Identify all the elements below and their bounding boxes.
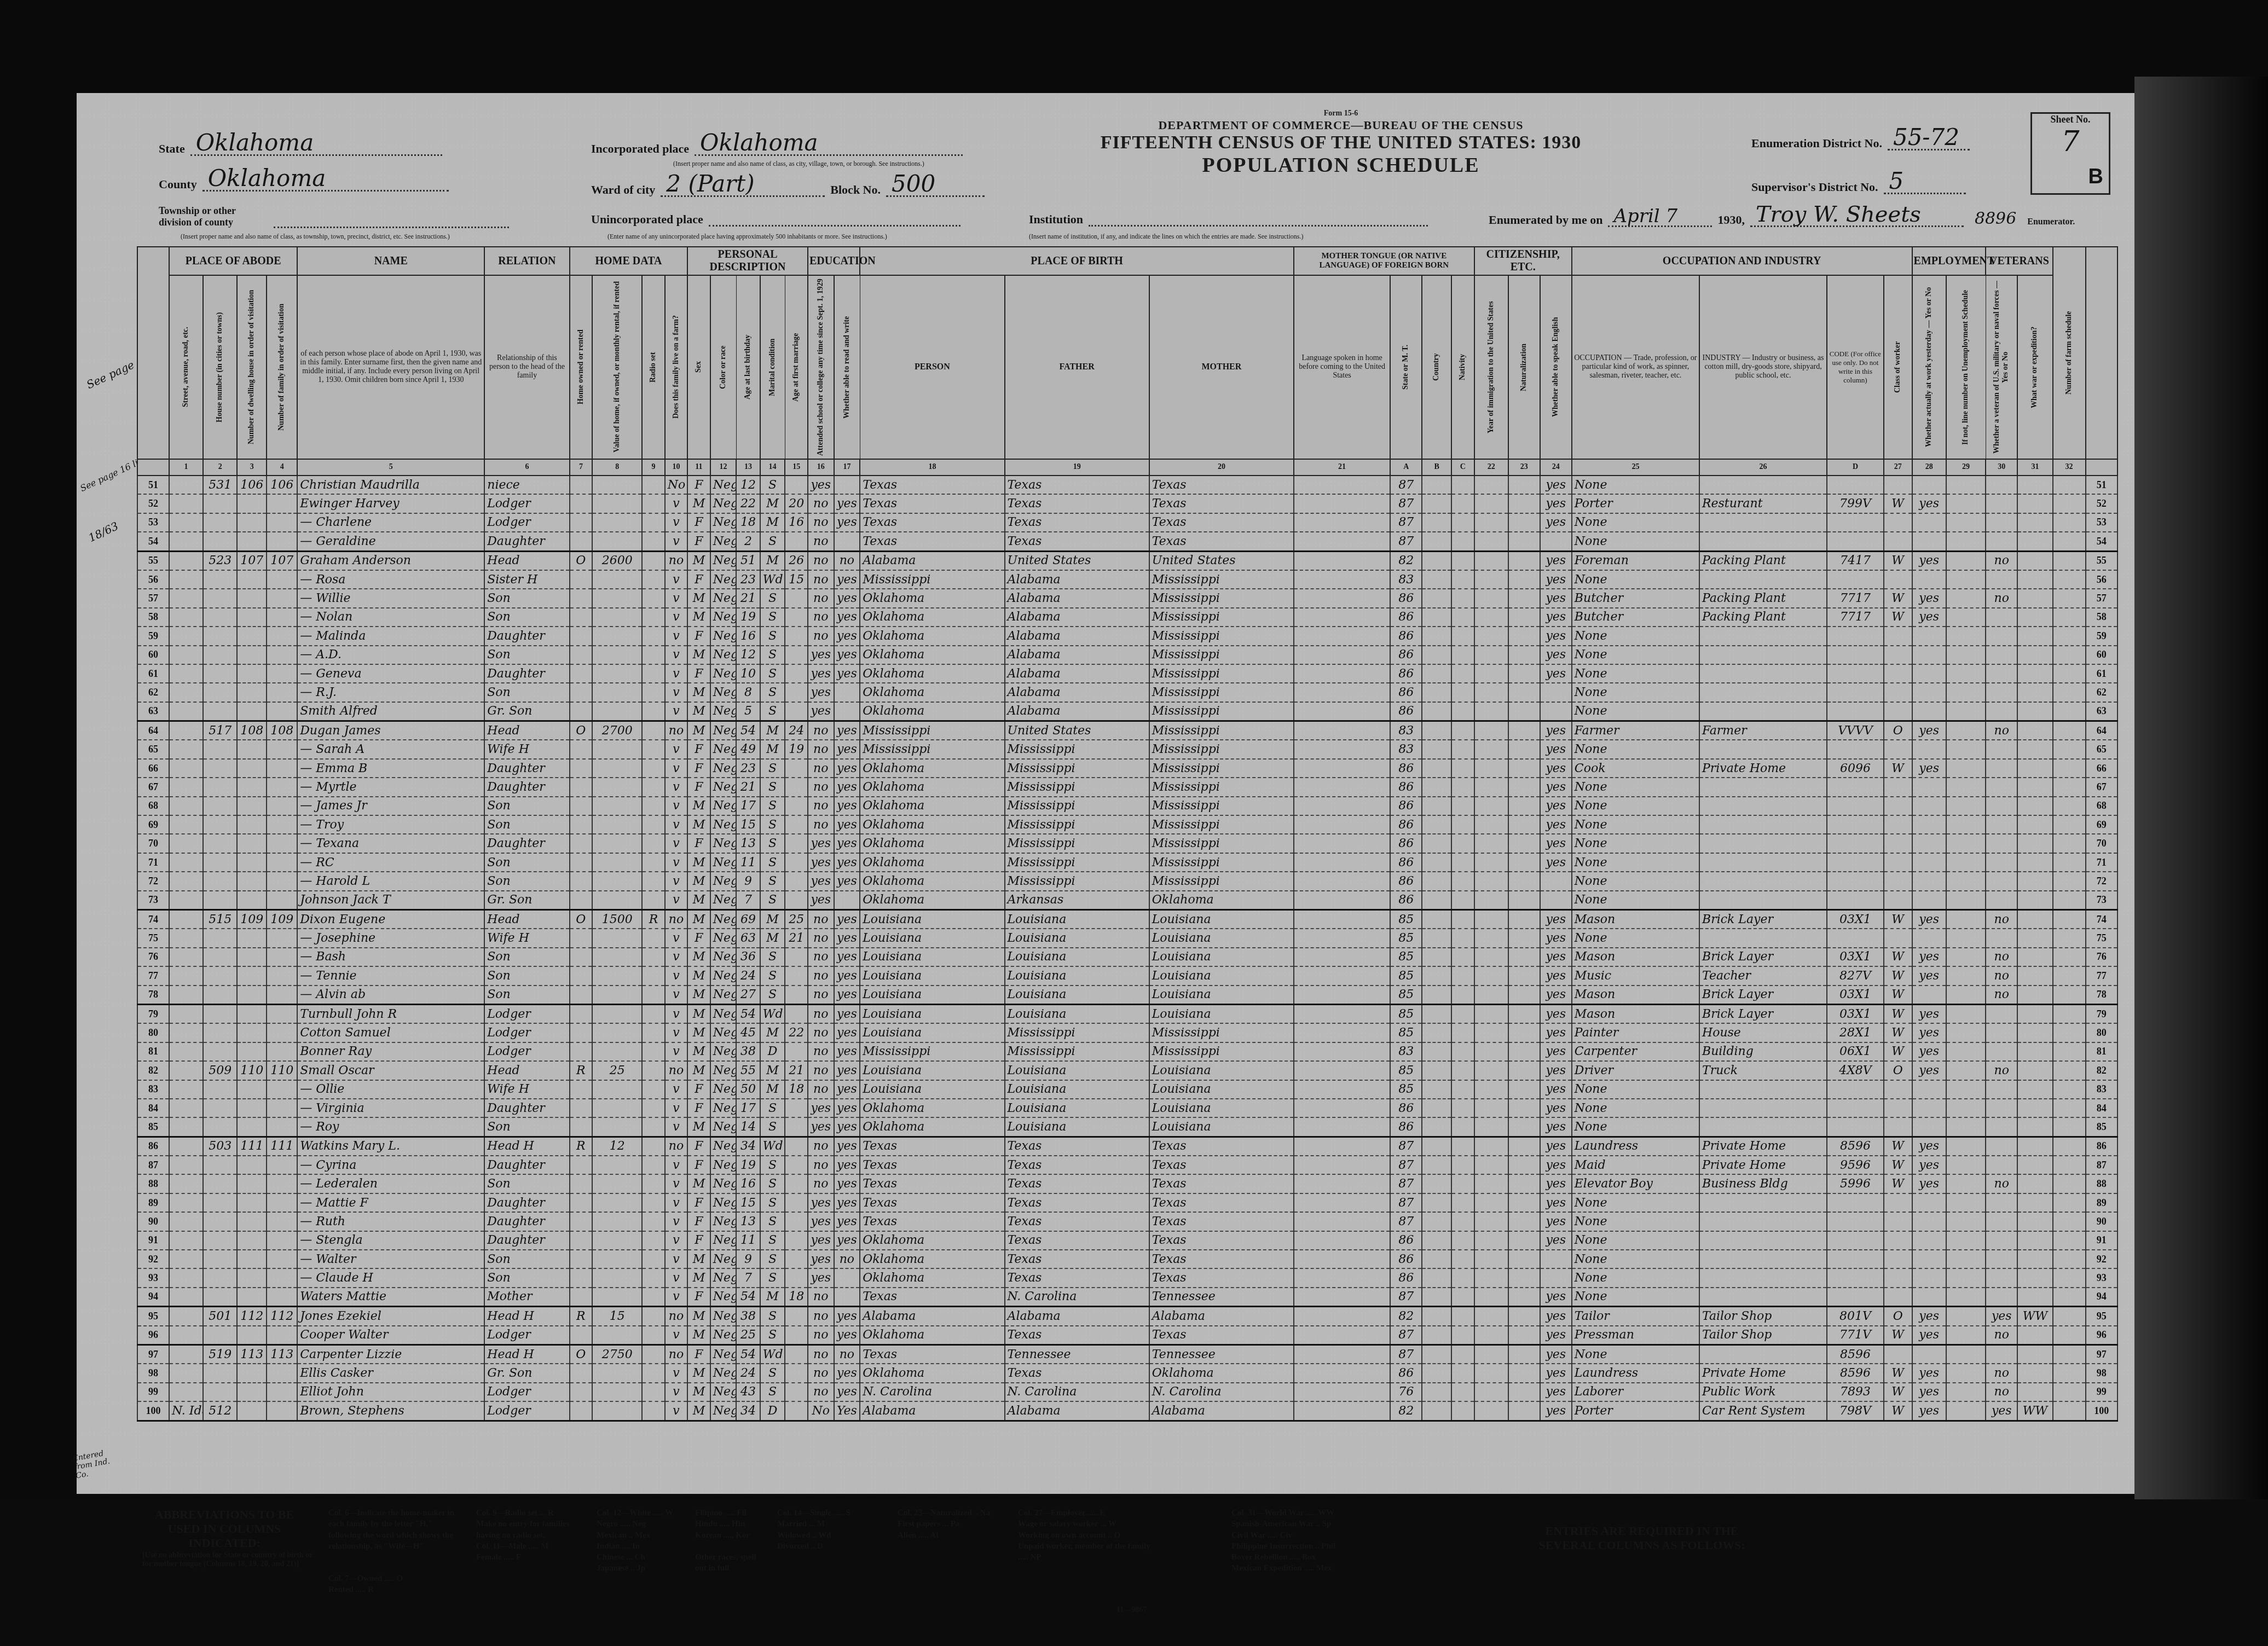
cell-war (2017, 948, 2052, 966)
cell-industry: Tailor Shop (1699, 1326, 1827, 1345)
line-number-right: 84 (2086, 1099, 2117, 1117)
cell-owned (570, 570, 592, 589)
cell-sex: M (687, 1307, 710, 1326)
cell-house: 503 (203, 1137, 237, 1156)
cell-birth: Alabama (860, 1307, 1004, 1326)
cell-father: Alabama (1005, 570, 1149, 589)
cell-birth: Oklahoma (860, 891, 1004, 910)
cell-class (1884, 778, 1912, 796)
cell-empty (1474, 1156, 1508, 1174)
cell-birth: Texas (860, 476, 1004, 494)
cell-owned (570, 1250, 592, 1268)
cell-speak: yes (1540, 1117, 1572, 1137)
cell-age-marr (785, 608, 808, 627)
cell-read: yes (834, 570, 860, 589)
cell-code: 799V (1827, 494, 1884, 513)
cell-mother: Louisiana (1149, 929, 1294, 947)
cell-empty (1946, 1250, 1986, 1268)
cell-occupation: None (1572, 513, 1699, 532)
cell-code (1827, 872, 1884, 890)
cell-empty (1946, 1156, 1986, 1174)
cell-empty (1451, 759, 1474, 778)
cell-farm: v (665, 1364, 687, 1382)
cell-empty (1946, 1307, 1986, 1326)
cell-empty (1508, 1042, 1540, 1061)
cell-mother: N. Carolina (1149, 1383, 1294, 1401)
cell-age-marr (785, 1117, 808, 1137)
table-row: 97519113113Carpenter LizzieHead HO2750no… (137, 1344, 2117, 1364)
cell-speak: yes (1540, 1231, 1572, 1250)
cell-street (169, 589, 203, 607)
cell-empty (1474, 608, 1508, 627)
cell-birth: Texas (860, 513, 1004, 532)
cell-empty (1946, 740, 1986, 758)
state-label: State (159, 142, 185, 156)
cell-family (267, 759, 297, 778)
cell-empty (1946, 1344, 1986, 1364)
cell-race: Neg (710, 909, 737, 929)
cell-empty (1294, 589, 1390, 607)
cell-family (267, 1250, 297, 1268)
cell-codeA: 85 (1390, 929, 1422, 947)
cell-empty (1474, 986, 1508, 1005)
cell-codeA: 87 (1390, 476, 1422, 494)
cell-vet (1986, 646, 2017, 664)
cell-codeA: 87 (1390, 494, 1422, 513)
cell-read: yes (834, 646, 860, 664)
cell-age: 24 (736, 1364, 760, 1382)
cell-farm: v (665, 1326, 687, 1345)
cell-empty (1422, 1268, 1451, 1287)
cell-class (1884, 891, 1912, 910)
cell-empty (1474, 702, 1508, 721)
cell-mother: Texas (1149, 494, 1294, 513)
cell-empty (1294, 494, 1390, 513)
cell-marital: S (760, 1156, 785, 1174)
cell-dwelling: 112 (237, 1307, 267, 1326)
cell-empty (1294, 1268, 1390, 1287)
cell-relation: Daughter (484, 1231, 569, 1250)
cell-empty (1946, 1061, 1986, 1080)
cell-age-marr: 21 (785, 929, 808, 947)
cell-farm: v (665, 1004, 687, 1023)
cell-birth: Louisiana (860, 1061, 1004, 1080)
cell-house (203, 1231, 237, 1250)
cell-name: — Harold L (297, 872, 484, 890)
cell-codeA: 83 (1390, 721, 1422, 740)
cell-mother: Louisiana (1149, 966, 1294, 985)
cell-father: Mississippi (1005, 1023, 1149, 1042)
cell-age: 7 (736, 891, 760, 910)
line-number: 57 (137, 589, 169, 607)
cell-school: no (808, 815, 834, 834)
cell-read: yes (834, 948, 860, 966)
cell-house (203, 646, 237, 664)
cell-race: Neg (710, 1042, 737, 1061)
cell-race: Neg (710, 702, 737, 721)
cell-age: 19 (736, 1156, 760, 1174)
cell-industry: Farmer (1699, 721, 1827, 740)
group-citizenship: CITIZENSHIP, ETC. (1474, 247, 1572, 275)
cell-empty (2053, 608, 2086, 627)
line-number: 85 (137, 1117, 169, 1137)
cell-name: — Roy (297, 1117, 484, 1137)
line-number-right: 58 (2086, 608, 2117, 627)
cell-read: yes (834, 513, 860, 532)
cell-empty (1946, 797, 1986, 815)
cell-industry (1699, 1250, 1827, 1268)
cell-street (169, 853, 203, 872)
cell-house (203, 1364, 237, 1382)
cell-birth: Texas (860, 1137, 1004, 1156)
cell-industry: Car Rent System (1699, 1401, 1827, 1421)
cell-owned (570, 1080, 592, 1099)
cell-code: 06X1 (1827, 1042, 1884, 1061)
enumerated-field: Enumerated by me on April 7 1930, Troy W… (1489, 204, 2075, 227)
cell-vet (1986, 1288, 2017, 1307)
cell-birth: Oklahoma (860, 1231, 1004, 1250)
cell-sex: M (687, 853, 710, 872)
cell-school: no (808, 797, 834, 815)
cell-father: Texas (1005, 1212, 1149, 1231)
cell-value (592, 1326, 642, 1345)
cell-relation: Son (484, 683, 569, 702)
cell-age: 18 (736, 513, 760, 532)
township-hint: (Insert proper name and also name of cla… (181, 233, 450, 241)
cell-codeA: 85 (1390, 909, 1422, 929)
cell-race: Neg (710, 1383, 737, 1401)
cell-race: Neg (710, 834, 737, 853)
cell-work: yes (1912, 1004, 1946, 1023)
cell-empty (1422, 1080, 1451, 1099)
cell-speak: yes (1540, 1042, 1572, 1061)
cell-mother: Mississippi (1149, 853, 1294, 872)
cell-empty (1508, 551, 1540, 570)
cell-value (592, 494, 642, 513)
cell-farm: v (665, 834, 687, 853)
cell-marital: S (760, 532, 785, 551)
cell-birth: Oklahoma (860, 608, 1004, 627)
cell-relation: Daughter (484, 1212, 569, 1231)
cell-empty (1508, 683, 1540, 702)
cell-speak: yes (1540, 853, 1572, 872)
cell-empty (2053, 1004, 2086, 1023)
cell-empty (1422, 909, 1451, 929)
cell-farm: no (665, 1307, 687, 1326)
cell-industry: Private Home (1699, 759, 1827, 778)
cell-codeA: 87 (1390, 1326, 1422, 1345)
cell-speak: yes (1540, 1156, 1572, 1174)
cell-industry (1699, 853, 1827, 872)
cell-empty (1451, 1080, 1474, 1099)
cell-relation: Lodger (484, 494, 569, 513)
line-number-right: 73 (2086, 891, 2117, 910)
line-number-right: 52 (2086, 494, 2117, 513)
cell-empty (2053, 1156, 2086, 1174)
cell-empty (2053, 986, 2086, 1005)
col-number: A (1390, 459, 1422, 476)
cell-empty (2053, 1364, 2086, 1382)
cell-work (1912, 740, 1946, 758)
cell-age: 11 (736, 1231, 760, 1250)
cell-class (1884, 476, 1912, 494)
cell-father: Louisiana (1005, 948, 1149, 966)
cell-name: Turnbull John R (297, 1004, 484, 1023)
cell-farm: v (665, 797, 687, 815)
cell-empty (1451, 494, 1474, 513)
cell-occupation: Mason (1572, 986, 1699, 1005)
cell-mother: Mississippi (1149, 646, 1294, 664)
cell-relation: Wife H (484, 740, 569, 758)
cell-relation: Son (484, 797, 569, 815)
cell-empty (1422, 1326, 1451, 1345)
cell-value (592, 627, 642, 645)
cell-empty (2053, 1250, 2086, 1268)
cell-birth: Alabama (860, 551, 1004, 570)
cell-mother: Louisiana (1149, 1061, 1294, 1080)
cell-radio (642, 1307, 664, 1326)
cell-sex: M (687, 608, 710, 627)
cell-empty (2053, 1383, 2086, 1401)
table-row: 58— NolanSonvMNeg19SnoyesOklahomaAlabama… (137, 608, 2117, 627)
cell-sex: M (687, 702, 710, 721)
cell-radio (642, 1288, 664, 1307)
cell-age-marr (785, 797, 808, 815)
line-number: 53 (137, 513, 169, 532)
cell-value: 25 (592, 1061, 642, 1080)
cell-value (592, 589, 642, 607)
cell-work: yes (1912, 1023, 1946, 1042)
cell-codeA: 86 (1390, 608, 1422, 627)
cell-birth: Texas (860, 1344, 1004, 1364)
cell-read (834, 1288, 860, 1307)
cell-empty (1946, 1288, 1986, 1307)
cell-empty (1508, 759, 1540, 778)
cell-war (2017, 853, 2052, 872)
line-number: 87 (137, 1156, 169, 1174)
cell-sex: M (687, 948, 710, 966)
cell-birth: Texas (860, 532, 1004, 551)
cell-work (1912, 815, 1946, 834)
cell-mother: Mississippi (1149, 664, 1294, 683)
cell-empty (1946, 1193, 1986, 1212)
cell-empty (1474, 948, 1508, 966)
cell-owned (570, 646, 592, 664)
cell-empty (1294, 1231, 1390, 1250)
cell-empty (1946, 1383, 1986, 1401)
col-number: D (1827, 459, 1884, 476)
cell-farm: v (665, 646, 687, 664)
cell-age-marr (785, 1401, 808, 1421)
cell-work (1912, 1099, 1946, 1117)
cell-father: Texas (1005, 1364, 1149, 1382)
cell-empty (1508, 891, 1540, 910)
line-number-right: 92 (2086, 1250, 2117, 1268)
sheet-label: Sheet No. (2032, 114, 2109, 125)
cell-race: Neg (710, 986, 737, 1005)
cell-family (267, 1401, 297, 1421)
cell-school: no (808, 1288, 834, 1307)
line-number: 88 (137, 1174, 169, 1193)
cell-speak: yes (1540, 948, 1572, 966)
group-occupation: OCCUPATION AND INDUSTRY (1572, 247, 1912, 275)
cell-vet (1986, 1099, 2017, 1117)
cell-marital: S (760, 778, 785, 796)
cell-read: yes (834, 759, 860, 778)
cell-name: Ewinger Harvey (297, 494, 484, 513)
cell-war (2017, 1174, 2052, 1193)
cell-empty (1451, 1288, 1474, 1307)
cell-vet (1986, 1231, 2017, 1250)
cell-occupation: None (1572, 872, 1699, 890)
cell-speak (1540, 872, 1572, 890)
cell-war (2017, 1080, 2052, 1099)
cell-war (2017, 646, 2052, 664)
cell-owned (570, 759, 592, 778)
cell-class: W (1884, 909, 1912, 929)
cell-dwelling (237, 740, 267, 758)
col-number: 28 (1912, 459, 1946, 476)
cell-race: Neg (710, 664, 737, 683)
cell-empty (1946, 1080, 1986, 1099)
cell-empty (1508, 778, 1540, 796)
table-row: 62— R.J.SonvMNeg8SyesOklahomaAlabamaMiss… (137, 683, 2117, 702)
cell-sex: M (687, 872, 710, 890)
cell-empty (1422, 1042, 1451, 1061)
col-number: 4 (267, 459, 297, 476)
cell-empty (1508, 1288, 1540, 1307)
cell-empty (1294, 834, 1390, 853)
cell-radio (642, 1117, 664, 1137)
col-10-header: Does this family live on a farm? (665, 275, 687, 459)
cell-relation: Head (484, 909, 569, 929)
cell-code (1827, 815, 1884, 834)
ward-value: 2 (Part) (661, 172, 825, 197)
cell-owned (570, 476, 592, 494)
cell-industry: Teacher (1699, 966, 1827, 985)
cell-speak: yes (1540, 608, 1572, 627)
cell-birth: Louisiana (860, 986, 1004, 1005)
abbr-col14: Col. 14—Single ..... S Married ... M Wid… (777, 1508, 881, 1552)
cell-class: W (1884, 1174, 1912, 1193)
cell-industry: Brick Layer (1699, 948, 1827, 966)
cell-codeA: 85 (1390, 1023, 1422, 1042)
cell-code: 771V (1827, 1326, 1884, 1345)
cell-street (169, 966, 203, 985)
col-18-header: PERSON (860, 275, 1004, 459)
cell-birth: Mississippi (860, 570, 1004, 589)
cell-owned: O (570, 909, 592, 929)
cell-father: Texas (1005, 476, 1149, 494)
cell-marital: M (760, 909, 785, 929)
cell-industry (1699, 627, 1827, 645)
cell-mother: Oklahoma (1149, 1364, 1294, 1382)
cell-age: 2 (736, 532, 760, 551)
line-number: 80 (137, 1023, 169, 1042)
cell-age: 16 (736, 1174, 760, 1193)
cell-empty (1451, 948, 1474, 966)
cell-empty (1422, 966, 1451, 985)
line-number-right: 86 (2086, 1137, 2117, 1156)
cell-value (592, 683, 642, 702)
cell-age-marr (785, 966, 808, 985)
col-25-header: OCCUPATION — Trade, profession, or parti… (1572, 275, 1699, 459)
cell-work (1912, 1250, 1946, 1268)
cell-father: N. Carolina (1005, 1288, 1149, 1307)
cell-occupation: None (1572, 853, 1699, 872)
cell-marital: S (760, 986, 785, 1005)
cell-owned: R (570, 1061, 592, 1080)
cell-empty (2053, 797, 2086, 815)
cell-mother: Mississippi (1149, 589, 1294, 607)
line-number-right: 63 (2086, 702, 2117, 721)
cell-codeA: 86 (1390, 1099, 1422, 1117)
table-row: 57— WillieSonvMNeg21SnoyesOklahomaAlabam… (137, 589, 2117, 607)
cell-dwelling (237, 853, 267, 872)
cell-vet (1986, 929, 2017, 947)
cell-read: yes (834, 966, 860, 985)
cell-code: 6096 (1827, 759, 1884, 778)
col-number: 18 (860, 459, 1004, 476)
form-print-number: 11—9867 (1116, 1606, 1147, 1615)
department-title: DEPARTMENT OF COMMERCE—BUREAU OF THE CEN… (1040, 118, 1642, 132)
cell-empty (1474, 551, 1508, 570)
cell-street: N. Idaho (169, 1401, 203, 1421)
cell-race: Neg (710, 966, 737, 985)
cell-radio (642, 1080, 664, 1099)
cell-work: yes (1912, 1383, 1946, 1401)
cell-read: yes (834, 589, 860, 607)
cell-war (2017, 1061, 2052, 1080)
cell-race: Neg (710, 1137, 737, 1156)
cell-father: Texas (1005, 1137, 1149, 1156)
abbr-col27: Col. 27—Employer ..... E Wage or salary … (1018, 1508, 1160, 1563)
col-number: 9 (642, 459, 664, 476)
cell-age: 16 (736, 627, 760, 645)
col-3-header: Number of dwelling house in order of vis… (237, 275, 267, 459)
cell-value (592, 476, 642, 494)
cell-relation: Lodger (484, 1401, 569, 1421)
cell-age-marr (785, 1344, 808, 1364)
cell-relation: Son (484, 589, 569, 607)
cell-name: Christian Maudrilla (297, 476, 484, 494)
cell-sex: M (687, 1326, 710, 1345)
cell-race: Neg (710, 1004, 737, 1023)
cell-empty (1294, 1080, 1390, 1099)
table-row: 61— GenevaDaughtervFNeg10SyesyesOklahoma… (137, 664, 2117, 683)
table-row: 96Cooper WalterLodgervMNeg25SnoyesOklaho… (137, 1326, 2117, 1345)
cell-empty (1946, 494, 1986, 513)
cell-speak: yes (1540, 513, 1572, 532)
cell-empty (1946, 513, 1986, 532)
cell-work (1912, 986, 1946, 1005)
sheet-number-box: Sheet No. 7 B (2030, 112, 2110, 195)
cell-age: 15 (736, 815, 760, 834)
cell-empty (1294, 986, 1390, 1005)
cell-speak: yes (1540, 721, 1572, 740)
cell-class: O (1884, 1061, 1912, 1080)
cell-family (267, 1042, 297, 1061)
ed-value: 55-72 (1888, 126, 1970, 150)
cell-speak: yes (1540, 570, 1572, 589)
abbr-col31: Col. 31—World War ..... WW Spanish-Ameri… (1231, 1508, 1374, 1574)
cell-work (1912, 1117, 1946, 1137)
cell-name: Jones Ezekiel (297, 1307, 484, 1326)
cell-race: Neg (710, 532, 737, 551)
cell-relation: Mother (484, 1288, 569, 1307)
cell-empty (1508, 664, 1540, 683)
cell-sex: M (687, 1174, 710, 1193)
